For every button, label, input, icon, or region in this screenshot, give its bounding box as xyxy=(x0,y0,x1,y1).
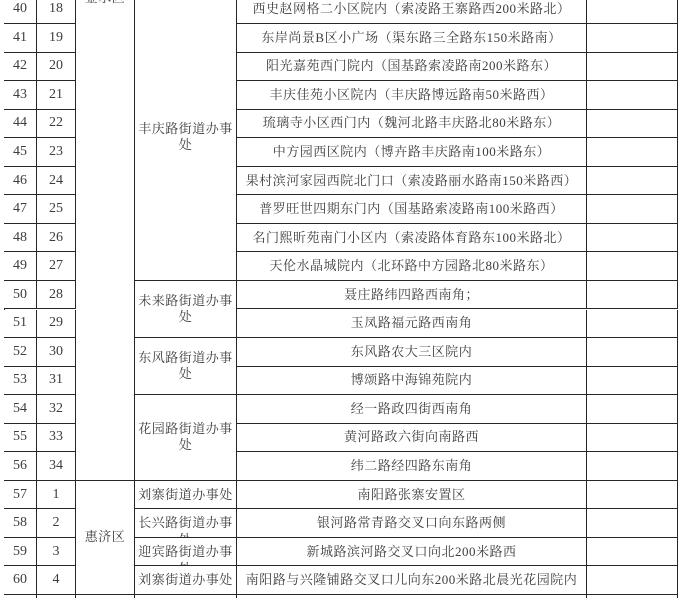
empty-cell xyxy=(587,338,678,367)
sub-number-cell: 29 xyxy=(37,310,76,339)
row-number-cell: 55 xyxy=(4,424,37,453)
address-cell: 普罗旺世四期东门内（国基路索凌路南100米路西） xyxy=(237,195,587,224)
sub-number-cell: 2 xyxy=(37,509,76,538)
sub-number-cell-label: 3 xyxy=(53,544,60,560)
row-number-cell: 40 xyxy=(4,0,37,24)
row-number-cell: 45 xyxy=(4,138,37,167)
row-number-cell-label: 55 xyxy=(13,429,27,445)
street-office-cell-label: 丰庆路街道办事处 xyxy=(138,121,233,153)
street-office-cell: 长兴路街道办事处 xyxy=(135,509,237,538)
sub-number-cell-label: 23 xyxy=(49,144,63,160)
row-number-cell-label: 60 xyxy=(13,572,27,588)
empty-cell xyxy=(587,509,678,538)
sub-number-cell: 23 xyxy=(37,138,76,167)
row-number-cell-label: 44 xyxy=(13,115,27,131)
address-cell: 玉凤路福元路西南角 xyxy=(237,310,587,339)
sub-number-cell-label: 2 xyxy=(53,515,60,531)
empty-cell xyxy=(587,281,678,310)
empty-cell xyxy=(587,395,678,424)
sub-number-cell-label: 4 xyxy=(53,572,60,588)
row-number-cell-label: 49 xyxy=(13,258,27,274)
sub-number-cell-label: 27 xyxy=(49,258,63,274)
row-number-cell-label: 48 xyxy=(13,230,27,246)
row-number-cell-label: 42 xyxy=(13,58,27,74)
sub-number-cell-label: 25 xyxy=(49,201,63,217)
empty-cell xyxy=(587,167,678,196)
empty-cell xyxy=(587,452,678,481)
sub-number-cell: 3 xyxy=(37,538,76,567)
address-cell: 纬二路经四路东南角 xyxy=(237,452,587,481)
street-office-cell: 未来路街道办事处 xyxy=(135,281,237,338)
address-cell: 经一路政四街西南角 xyxy=(237,395,587,424)
sub-number-cell-label: 31 xyxy=(49,372,63,388)
empty-cell xyxy=(587,138,678,167)
address-cell: 南阳路与兴隆铺路交叉口儿向东200米路北晨光花园院内 xyxy=(237,566,587,595)
address-cell-label: 聂庄路纬四路西南角； xyxy=(241,287,582,303)
street-office-cell-label: 长兴路街道办事处 xyxy=(138,514,233,538)
empty-cell xyxy=(587,81,678,110)
sub-number-cell: 30 xyxy=(37,338,76,367)
sub-number-cell: 21 xyxy=(37,81,76,110)
row-number-cell: 53 xyxy=(4,367,37,396)
address-cell-label: 银河路常青路交叉口向东路两侧 xyxy=(241,515,582,531)
row-number-cell-label: 52 xyxy=(13,344,27,360)
sub-number-cell: 19 xyxy=(37,24,76,53)
street-office-cell-label: 东风路街道办事处 xyxy=(138,350,233,382)
district-cell-label: 金水区 xyxy=(76,0,134,5)
sub-number-cell: 27 xyxy=(37,252,76,281)
sub-number-cell: 34 xyxy=(37,452,76,481)
row-number-cell: 47 xyxy=(4,195,37,224)
row-number-cell: 51 xyxy=(4,310,37,339)
row-number-cell: 54 xyxy=(4,395,37,424)
document-table: 4018西史赵网格二小区院内（索凌路王寨路西200米路北）4119东岸尚景B区小… xyxy=(0,0,690,598)
sub-number-cell-label: 1 xyxy=(53,487,60,503)
row-number-cell: 46 xyxy=(4,167,37,196)
address-cell-label: 南阳路与兴隆铺路交叉口儿向东200米路北晨光花园院内 xyxy=(241,572,582,588)
address-cell-label: 东风路农大三区院内 xyxy=(241,344,582,360)
row-number-cell: 60 xyxy=(4,566,37,595)
sub-number-cell-label: 29 xyxy=(49,315,63,331)
row-number-cell: 44 xyxy=(4,110,37,139)
row-number-cell-label: 57 xyxy=(13,487,27,503)
empty-cell xyxy=(587,195,678,224)
address-cell: 黄河路政六街向南路西 xyxy=(237,424,587,453)
sub-number-cell: 32 xyxy=(37,395,76,424)
row-number-cell-label: 47 xyxy=(13,201,27,217)
sub-number-cell-label: 19 xyxy=(49,30,63,46)
row-number-cell-label: 43 xyxy=(13,87,27,103)
row-number-cell-label: 50 xyxy=(13,287,27,303)
empty-cell xyxy=(587,53,678,82)
address-cell: 丰庆佳苑小区院内（丰庆路博远路南50米路西） xyxy=(237,81,587,110)
street-office-cell: 东风路街道办事处 xyxy=(135,338,237,395)
row-number-cell-label: 51 xyxy=(13,315,27,331)
street-office-cell-label: 花园路街道办事处 xyxy=(138,421,233,453)
street-office-cell: 丰庆路街道办事处 xyxy=(135,0,237,281)
address-cell: 博颂路中海锦苑院内 xyxy=(237,367,587,396)
row-number-cell-label: 53 xyxy=(13,372,27,388)
row-number-cell: 49 xyxy=(4,252,37,281)
sub-number-cell-label: 32 xyxy=(49,401,63,417)
district-cell: 金水区 xyxy=(76,0,135,481)
row-number-cell-label: 54 xyxy=(13,401,27,417)
address-cell-label: 博颂路中海锦苑院内 xyxy=(241,372,582,388)
street-office-cell: 花园路街道办事处 xyxy=(135,395,237,481)
address-cell-label: 果村滨河家园西院北门口（索凌路丽水路南150米路西） xyxy=(241,173,582,189)
sub-number-cell-label: 20 xyxy=(49,58,63,74)
sub-number-cell: 25 xyxy=(37,195,76,224)
sub-number-cell: 33 xyxy=(37,424,76,453)
sub-number-cell-label: 22 xyxy=(49,115,63,131)
street-office-cell-label: 刘寨街道办事处 xyxy=(138,571,233,588)
empty-cell xyxy=(587,0,678,24)
row-number-cell-label: 40 xyxy=(13,1,27,17)
empty-cell xyxy=(587,566,678,595)
address-cell-label: 中方园西区院内（博卉路丰庆路南100米路东） xyxy=(241,144,582,160)
street-office-cell-label: 刘寨街道办事处 xyxy=(138,486,233,503)
row-number-cell: 43 xyxy=(4,81,37,110)
address-cell-label: 玉凤路福元路西南角 xyxy=(241,315,582,331)
sub-number-cell: 1 xyxy=(37,481,76,510)
row-number-cell: 50 xyxy=(4,281,37,310)
row-number-cell-label: 45 xyxy=(13,144,27,160)
address-cell: 银河路常青路交叉口向东路两侧 xyxy=(237,509,587,538)
sub-number-cell: 20 xyxy=(37,53,76,82)
empty-cell xyxy=(587,252,678,281)
sub-number-cell-label: 28 xyxy=(49,287,63,303)
row-number-cell: 58 xyxy=(4,509,37,538)
row-number-cell-label: 41 xyxy=(13,30,27,46)
empty-cell xyxy=(587,24,678,53)
sub-number-cell: 26 xyxy=(37,224,76,253)
address-cell: 果村滨河家园西院北门口（索凌路丽水路南150米路西） xyxy=(237,167,587,196)
row-number-cell-label: 59 xyxy=(13,544,27,560)
address-cell-label: 西史赵网格二小区院内（索凌路王寨路西200米路北） xyxy=(241,1,582,17)
empty-cell xyxy=(587,110,678,139)
address-cell: 阳光嘉苑西门院内（国基路索凌路南200米路东） xyxy=(237,53,587,82)
empty-cell xyxy=(587,424,678,453)
empty-cell xyxy=(587,538,678,567)
row-number-cell-label: 46 xyxy=(13,173,27,189)
address-cell-label: 新城路滨河路交叉口向北200米路西 xyxy=(241,544,582,560)
sub-number-cell-label: 18 xyxy=(49,1,63,17)
address-cell-label: 经一路政四街西南角 xyxy=(241,401,582,417)
row-number-cell: 57 xyxy=(4,481,37,510)
sub-number-cell: 24 xyxy=(37,167,76,196)
sub-number-cell: 18 xyxy=(37,0,76,24)
address-cell: 东岸尚景B区小广场（渠东路三全路东150米路南） xyxy=(237,24,587,53)
address-cell: 琉璃寺小区西门内（魏河北路丰庆路北80米路东） xyxy=(237,110,587,139)
row-number-cell-label: 58 xyxy=(13,515,27,531)
row-number-cell: 56 xyxy=(4,452,37,481)
row-number-cell: 48 xyxy=(4,224,37,253)
empty-cell xyxy=(587,224,678,253)
address-cell-label: 黄河路政六街向南路西 xyxy=(241,429,582,445)
row-number-cell-label: 56 xyxy=(13,458,27,474)
address-cell: 新城路滨河路交叉口向北200米路西 xyxy=(237,538,587,567)
address-cell: 西史赵网格二小区院内（索凌路王寨路西200米路北） xyxy=(237,0,587,24)
address-cell-label: 南阳路张寨安置区 xyxy=(241,487,582,503)
address-cell-label: 东岸尚景B区小广场（渠东路三全路东150米路南） xyxy=(241,30,582,46)
empty-cell xyxy=(587,367,678,396)
row-number-cell: 59 xyxy=(4,538,37,567)
address-cell-label: 普罗旺世四期东门内（国基路索凌路南100米路西） xyxy=(241,201,582,217)
sub-number-cell-label: 26 xyxy=(49,230,63,246)
address-cell-label: 丰庆佳苑小区院内（丰庆路博远路南50米路西） xyxy=(241,87,582,103)
row-number-cell: 42 xyxy=(4,53,37,82)
sub-number-cell-label: 33 xyxy=(49,429,63,445)
sub-number-cell-label: 34 xyxy=(49,458,63,474)
row-number-cell: 41 xyxy=(4,24,37,53)
street-office-cell: 刘寨街道办事处 xyxy=(135,481,237,510)
address-cell: 中方园西区院内（博卉路丰庆路南100米路东） xyxy=(237,138,587,167)
address-cell: 东风路农大三区院内 xyxy=(237,338,587,367)
street-office-cell: 迎宾路街道办事处 xyxy=(135,538,237,567)
sub-number-cell: 22 xyxy=(37,110,76,139)
address-cell: 聂庄路纬四路西南角； xyxy=(237,281,587,310)
street-office-cell-label: 迎宾路街道办事处 xyxy=(138,543,233,567)
sub-number-cell-label: 24 xyxy=(49,173,63,189)
district-cell-label: 惠济区 xyxy=(76,529,134,545)
sub-number-cell-label: 21 xyxy=(49,87,63,103)
empty-cell xyxy=(587,310,678,339)
sub-number-cell: 4 xyxy=(37,566,76,595)
street-office-cell-label: 未来路街道办事处 xyxy=(138,293,233,325)
address-cell-label: 纬二路经四路东南角 xyxy=(241,458,582,474)
street-office-cell: 刘寨街道办事处 xyxy=(135,566,237,595)
empty-cell xyxy=(587,481,678,510)
address-cell: 天伦水晶城院内（北环路中方园路北80米路东） xyxy=(237,252,587,281)
address-cell: 南阳路张寨安置区 xyxy=(237,481,587,510)
address-cell: 名门熙昕苑南门小区内（索凌路体育路东100米路北） xyxy=(237,224,587,253)
address-cell-label: 琉璃寺小区西门内（魏河北路丰庆路北80米路东） xyxy=(241,115,582,131)
address-cell-label: 名门熙昕苑南门小区内（索凌路体育路东100米路北） xyxy=(241,230,582,246)
sub-number-cell: 31 xyxy=(37,367,76,396)
row-number-cell: 52 xyxy=(4,338,37,367)
address-cell-label: 天伦水晶城院内（北环路中方园路北80米路东） xyxy=(241,258,582,274)
sub-number-cell-label: 30 xyxy=(49,344,63,360)
address-cell-label: 阳光嘉苑西门院内（国基路索凌路南200米路东） xyxy=(241,58,582,74)
sub-number-cell: 28 xyxy=(37,281,76,310)
district-cell: 惠济区 xyxy=(76,481,135,595)
